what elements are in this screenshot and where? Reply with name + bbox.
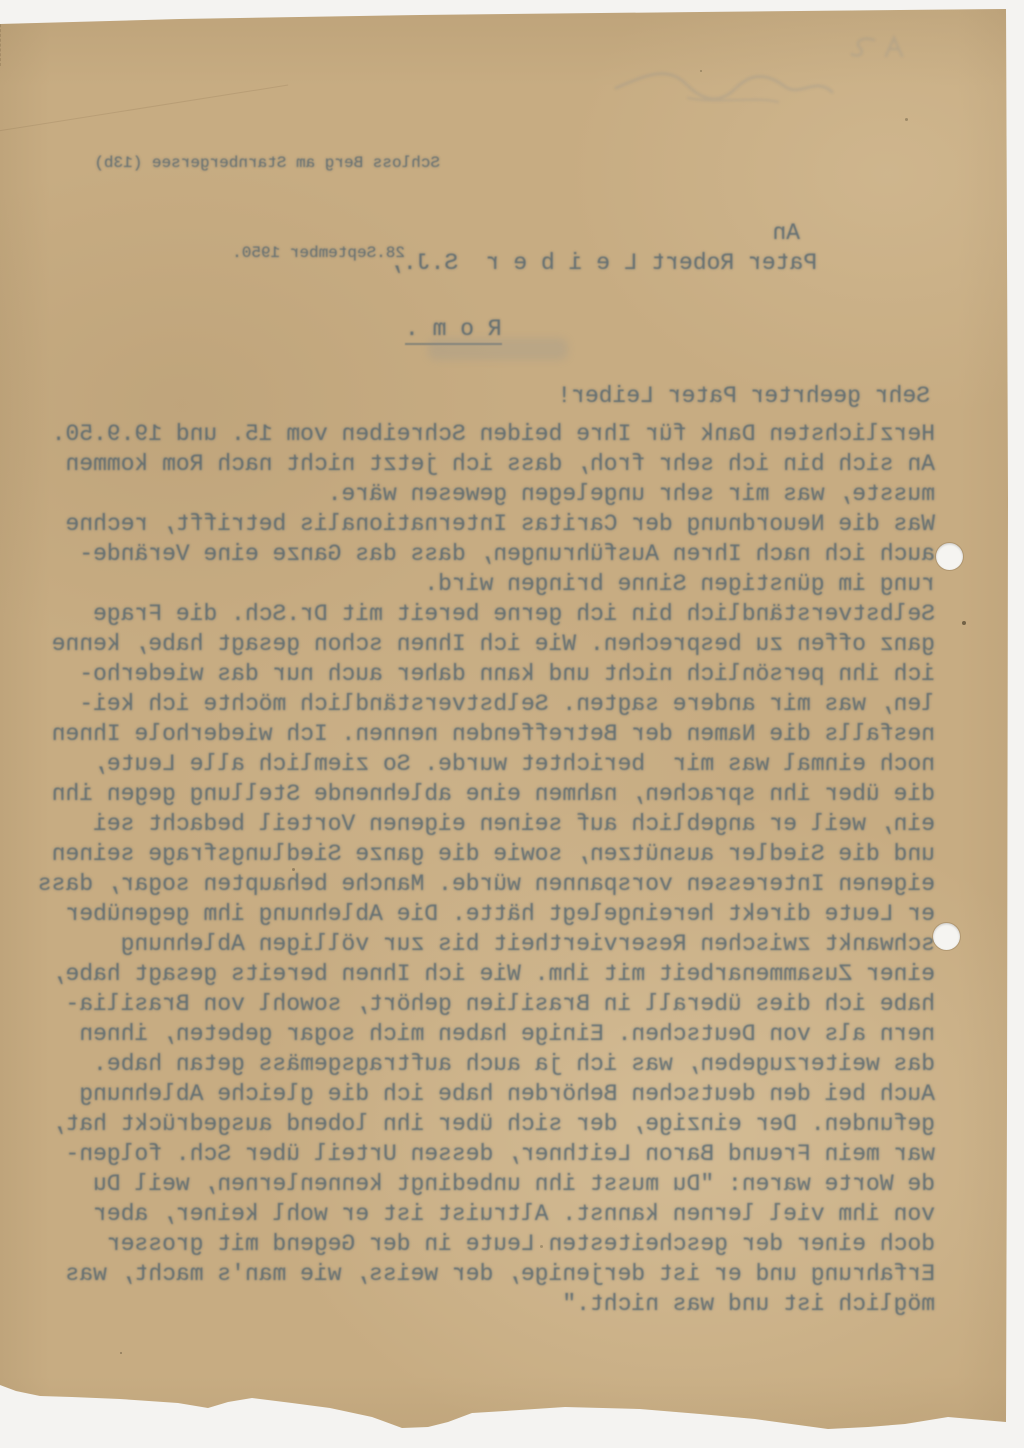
letter-line: Selbstverständlich bin ich gerne bereit … [30,599,935,629]
letter-line: ein, weil er angeblich auf seinen eigene… [30,809,935,839]
paper-speck [700,70,702,72]
recipient-city: R o m . [405,284,612,374]
faint-handwriting-mark [608,58,838,110]
scan-background: Schloss Berg am Starnbergersee (13b) 28.… [0,0,1024,1448]
letter-line: das weiterzugeben, was ich ja auch auftr… [30,1049,935,1079]
letter-line: war mein Freund Baron Leithner, dessen U… [30,1139,935,1169]
letter-line: doch einer der gescheitesten Leute in de… [30,1229,935,1259]
letter-body: Herzlichsten Dank für Ihre beiden Schrei… [30,419,935,1319]
letter-line: ich ihn persönlich nicht und kann daher … [30,659,935,689]
letter-line: eigenen Interessen vorspannen würde. Man… [30,869,935,899]
letter-line: er Leute direkt hereingelegt hätte. Die … [30,899,935,929]
paper-speck [540,1245,543,1248]
smudge-mark [428,338,568,360]
letter-line: Auch bei den deutschen Behörden habe ich… [30,1079,935,1109]
letter-line: de Worte waren: "Du musst ihn unbedingt … [30,1169,935,1199]
letter-line: len, was mir andere sagten. Selbstverstä… [30,689,935,719]
letter-line: nern als von Deutschen. Einige haben mic… [30,1019,935,1049]
letter-line: möglich ist und was nicht." [30,1289,935,1319]
letter-line: Erfahrung und er ist derjenige, der weis… [30,1259,935,1289]
salutation: Sehr geehrter Pater Leiber! [557,381,930,411]
letter-line: noch einmal was mir berichtet wurde. So … [30,749,935,779]
letter-line: einer Zusammenarbeit mit ihm. Wie ich Ih… [30,959,935,989]
faint-pencil-mark [848,32,908,62]
letter-line: musste, was mir sehr ungelegen gewesen w… [30,479,935,509]
letter-line: Herzlichsten Dank für Ihre beiden Schrei… [30,419,935,449]
dateline: Schloss Berg am Starnbergersee (13b) 28.… [94,88,440,328]
mirrored-text-layer: Schloss Berg am Starnbergersee (13b) 28.… [0,0,1008,1448]
paper-speck [120,1352,122,1354]
letter-line: rung im günstigen Sinne bringen wird. [30,569,935,599]
paper-speck [292,868,295,871]
letter-line: von ihm viel lernen kannst. Altruist ist… [30,1199,935,1229]
letter-line: gefunden. Der einzige, der sich über ihn… [30,1109,935,1139]
dateline-date: 28.September 1950. [94,238,405,268]
paper-speck [962,621,966,625]
recipient-an: An [772,218,800,248]
letter-line: schwankt zwischen Reserviertheit bis zur… [30,929,935,959]
letter-line: An sich bin ich sehr froh, dass ich jetz… [30,449,935,479]
paper-speck [905,118,908,121]
punch-hole-bottom [933,923,960,950]
dateline-place: Schloss Berg am Starnbergersee (13b) [94,148,440,178]
paper-sheet: Schloss Berg am Starnbergersee (13b) 28.… [0,0,1008,1448]
recipient-name: Pater Robert L e i b e r S.J., [389,248,817,278]
letter-line: ganz offen zu besprechen. Wie ich Ihnen … [30,629,935,659]
letter-line: nesfalls die Namen der Betreffenden nenn… [30,719,935,749]
punch-hole-top [936,543,963,570]
letter-line: habe ich dies überall in Brasilien gehör… [30,989,935,1019]
letter-line: und die Siedler ausnützen, sowie die gan… [30,839,935,869]
letter-line: auch ich nach Ihren Ausführungen, dass d… [30,539,935,569]
letter-line: Was die Neuordnung der Caritas Internati… [30,509,935,539]
letter-line: die über ihn sprachen, nahmen eine ableh… [30,779,935,809]
